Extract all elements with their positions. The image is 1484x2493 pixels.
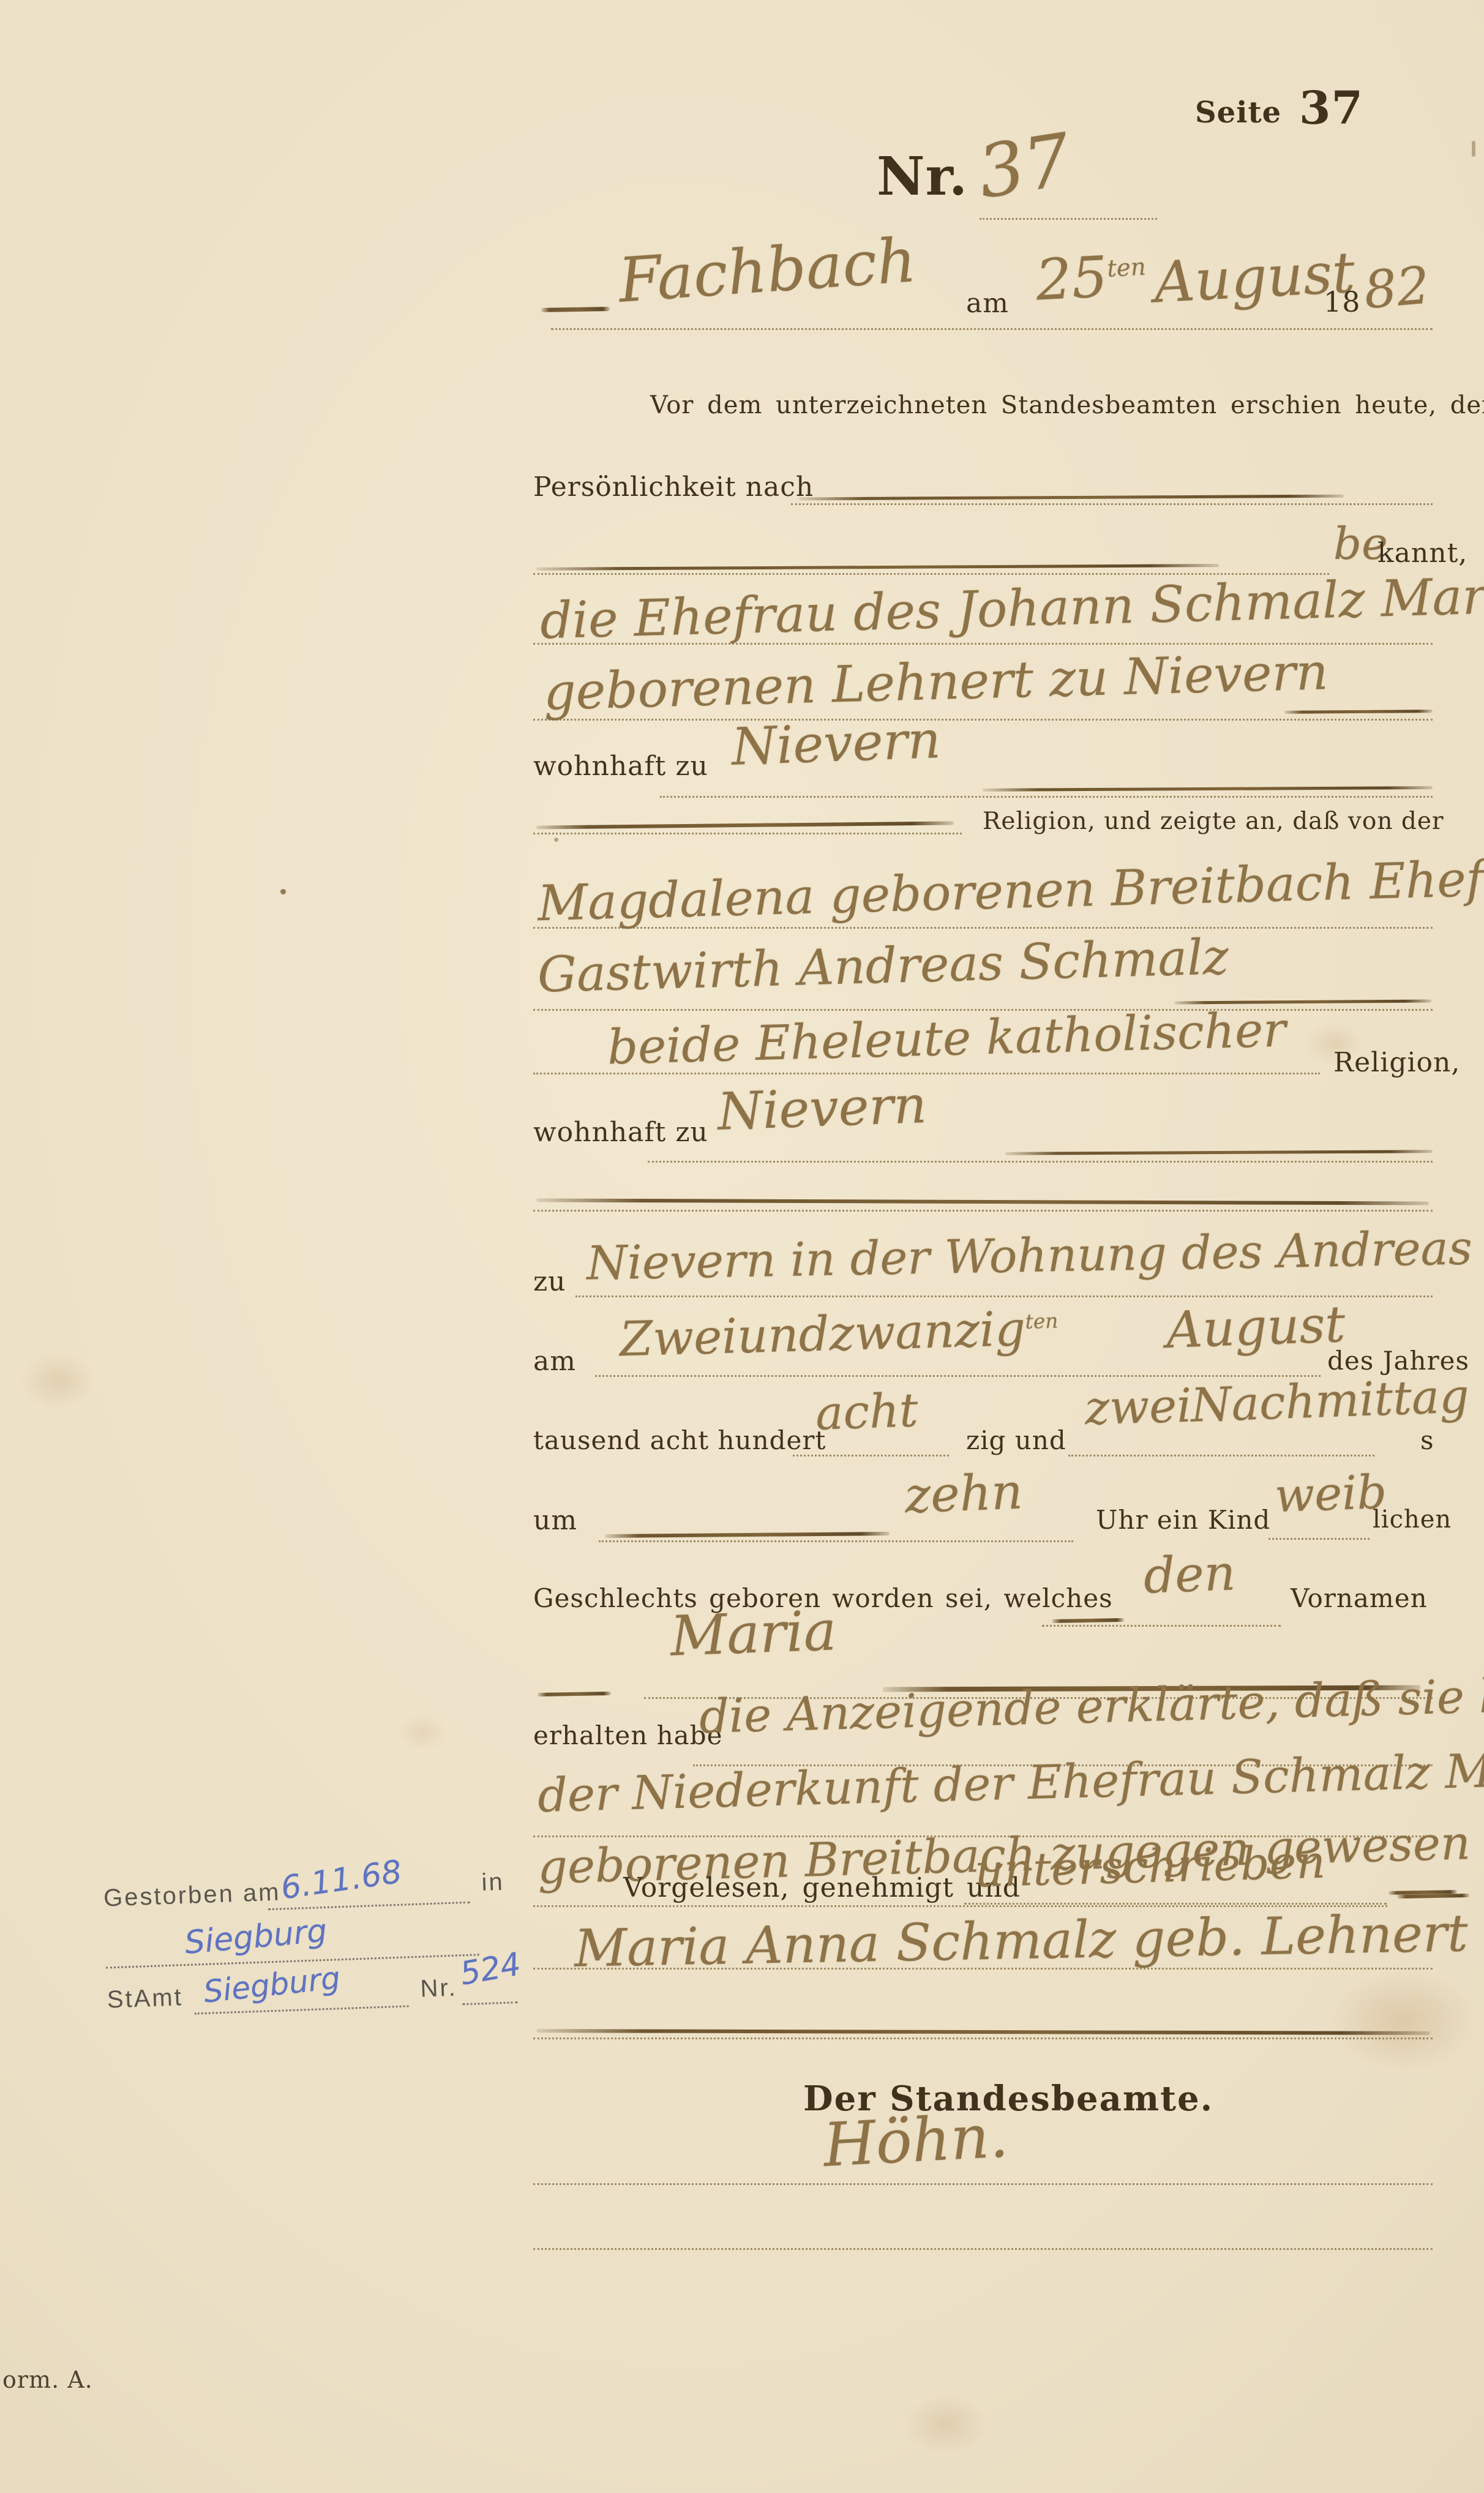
hour-handwritten: zehn [904,1468,1024,1521]
intro-line1: Vor dem unterzeichneten Standesbeamten e… [650,393,1484,418]
blank-rule [533,1968,1433,1970]
ink-speck [1472,141,1475,157]
stamp-record-nr-handwritten: 524 [458,1948,523,1990]
um-label: um [533,1507,577,1534]
ink-speck [280,889,286,894]
daytime-handwritten: Nachmittag [1190,1373,1470,1429]
blank-rule [793,1455,949,1456]
blank-rule [533,1073,1320,1074]
zig-und-label: zig und [966,1428,1066,1453]
mother-line2-handwritten: Gastwirth Andreas Schmalz [537,932,1229,1000]
religion-anzeige-printed: Religion, und zeigte an, daß von der [983,809,1444,833]
blank-strike [1284,710,1433,714]
intro-line2: Persönlichkeit nach [533,474,814,501]
sex-suffix-printed: lichen [1373,1507,1452,1532]
stamp-gestorben-label: Gestorben am [103,1880,281,1911]
wohnhaft-label-1: wohnhaft zu [533,753,708,780]
blank-rule [533,2183,1433,2185]
blank-strike [983,786,1433,792]
blank-rule [1269,1538,1370,1540]
year-words-printed: tausend acht hundert [533,1428,826,1453]
vornamen-label: Vornamen [1291,1586,1428,1611]
article-handwritten: den [1143,1548,1237,1600]
bekannt-printed: kannt, [1377,540,1467,567]
year-decade-handwritten: acht [815,1387,919,1437]
declaration-line2-handwritten: der Niederkunft der Ehefrau Schmalz Magd… [537,1742,1484,1819]
blank-rule [791,503,1433,505]
blank-rule [964,1903,1387,1905]
ink-speck [554,838,558,842]
dateline-dash [541,307,610,312]
registrar-signature-handwritten: Höhn. [822,2106,1010,2176]
stamp-stamt-label: StAmt [107,1985,183,2012]
erhalten-label: erhalten habe [533,1723,722,1749]
blank-rule [533,927,1433,929]
declarant-line2-handwritten: geborenen Lehnert zu Nievern [543,647,1328,718]
declaration-line1-handwritten: die Anzeigende erklärte, daß sie bei [699,1671,1484,1740]
blank-strike [536,821,954,829]
page-number-value: 37 [1299,86,1363,131]
dateline-day-handwritten: 25ten [1035,247,1148,309]
dateline-century-printed: 18 [1324,288,1361,316]
blank-rule [533,2248,1433,2250]
blank-strike [1005,1150,1433,1155]
year-unit-handwritten: zwei [1084,1382,1192,1432]
blank-rule [660,796,1433,798]
birthplace-handwritten: Nievern in der Wohnung des Andreas Schma… [586,1221,1484,1286]
stamp-death-place-handwritten: Siegburg [184,1915,328,1959]
record-number-handwritten: 37 [973,123,1076,209]
stamp-nr-label: Nr. [420,1976,457,2001]
closing-rule [533,2038,1433,2039]
page-number-label: Seite [1195,98,1281,127]
spouses-religion-handwritten: beide Eheleute katholischer [607,1007,1286,1072]
blank-strike [1174,1000,1431,1005]
closing-rule-strike [536,2029,1430,2035]
religion-label-printed: Religion, [1333,1049,1460,1076]
wohnhaft-label-2: wohnhaft zu [533,1119,708,1146]
blank-rule [595,1375,1321,1377]
dateline-place-handwritten: Fachbach [616,230,918,312]
birthday-am-label: am [533,1348,576,1375]
blank-rule [533,719,1433,721]
civil-registry-birth-record-page: Seite 37 Nr. 37 Fachbach am 25ten August… [0,0,1484,2493]
stamp-death-date-handwritten: 6.11.68 [279,1856,404,1904]
blank-rule [1068,1455,1374,1456]
blank-rule [648,1161,1433,1163]
birthday-suffix: ten [1025,1310,1059,1333]
sex-handwritten: weib [1274,1469,1388,1519]
blank-strike [799,495,1344,501]
birthday-handwritten: Zweiundzwanzigten [619,1305,1059,1364]
blank-rule [599,1540,1073,1542]
child-name-handwritten: Maria [670,1603,838,1664]
unterschrieben-handwritten: unterschrieben [974,1840,1326,1894]
dateline-day-suffix: ten [1106,253,1147,283]
blank-rule [1042,1625,1281,1627]
death-annotation-stamp: Gestorben am 6.11.68 in Siegburg StAmt S… [103,1861,549,2030]
declarant-line1-handwritten: die Ehefrau des Johann Schmalz Maria Ann… [539,567,1484,647]
mother-line1-handwritten: Magdalena geborenen Breitbach Ehefrau de… [537,850,1484,928]
blank-strike [605,1532,890,1538]
stamp-in-label: in [481,1870,505,1895]
stamp-rule [462,2001,517,2005]
section-rule-strike [536,1198,1429,1205]
residence-1-handwritten: Nievern [731,714,942,773]
birthplace-zu-label: zu [533,1269,566,1295]
declarant-signature-handwritten: Maria Anna Schmalz geb. Lehnert [574,1907,1468,1974]
stamp-office-handwritten: Siegburg [202,1963,342,2008]
form-note: orm. A. [2,2368,93,2391]
residence-2-handwritten: Nievern [717,1079,927,1138]
vorgelesen-printed: Vorgelesen, genehmigt und [623,1875,1021,1902]
blank-dash [538,1692,611,1696]
dateline-am-label: am [966,290,1009,317]
daytime-s-printed: s [1420,1428,1434,1453]
uhr-ein-kind-label: Uhr ein Kind [1096,1507,1270,1533]
record-number-label: Nr. [877,151,968,203]
dateline-year-handwritten: 82 [1362,260,1432,317]
dateline-rule [551,328,1433,330]
record-number-rule [980,218,1157,220]
blank-strike [536,564,1219,571]
blank-dash [1052,1618,1124,1623]
birth-month-handwritten: August [1166,1300,1346,1356]
section-rule [533,1210,1433,1212]
blank-rule [533,833,962,834]
